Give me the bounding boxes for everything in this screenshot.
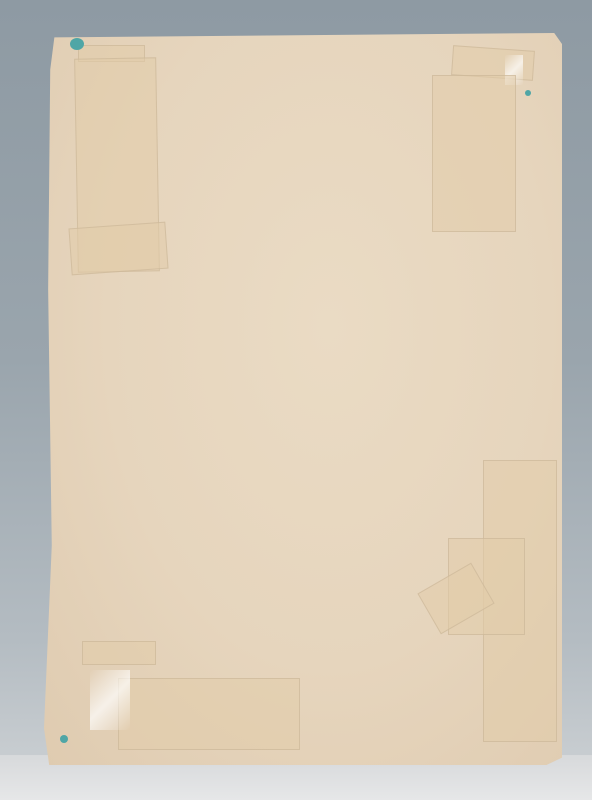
teal-stain: [525, 90, 531, 96]
tape-bottom-small: [82, 641, 156, 665]
tape-bottom-wide: [118, 678, 300, 750]
teal-stain: [70, 38, 84, 50]
teal-stain: [60, 735, 68, 743]
tape-top-right-long: [432, 75, 516, 232]
tape-top-left-piece: [68, 222, 168, 276]
tape-glare-bottom: [90, 670, 130, 730]
